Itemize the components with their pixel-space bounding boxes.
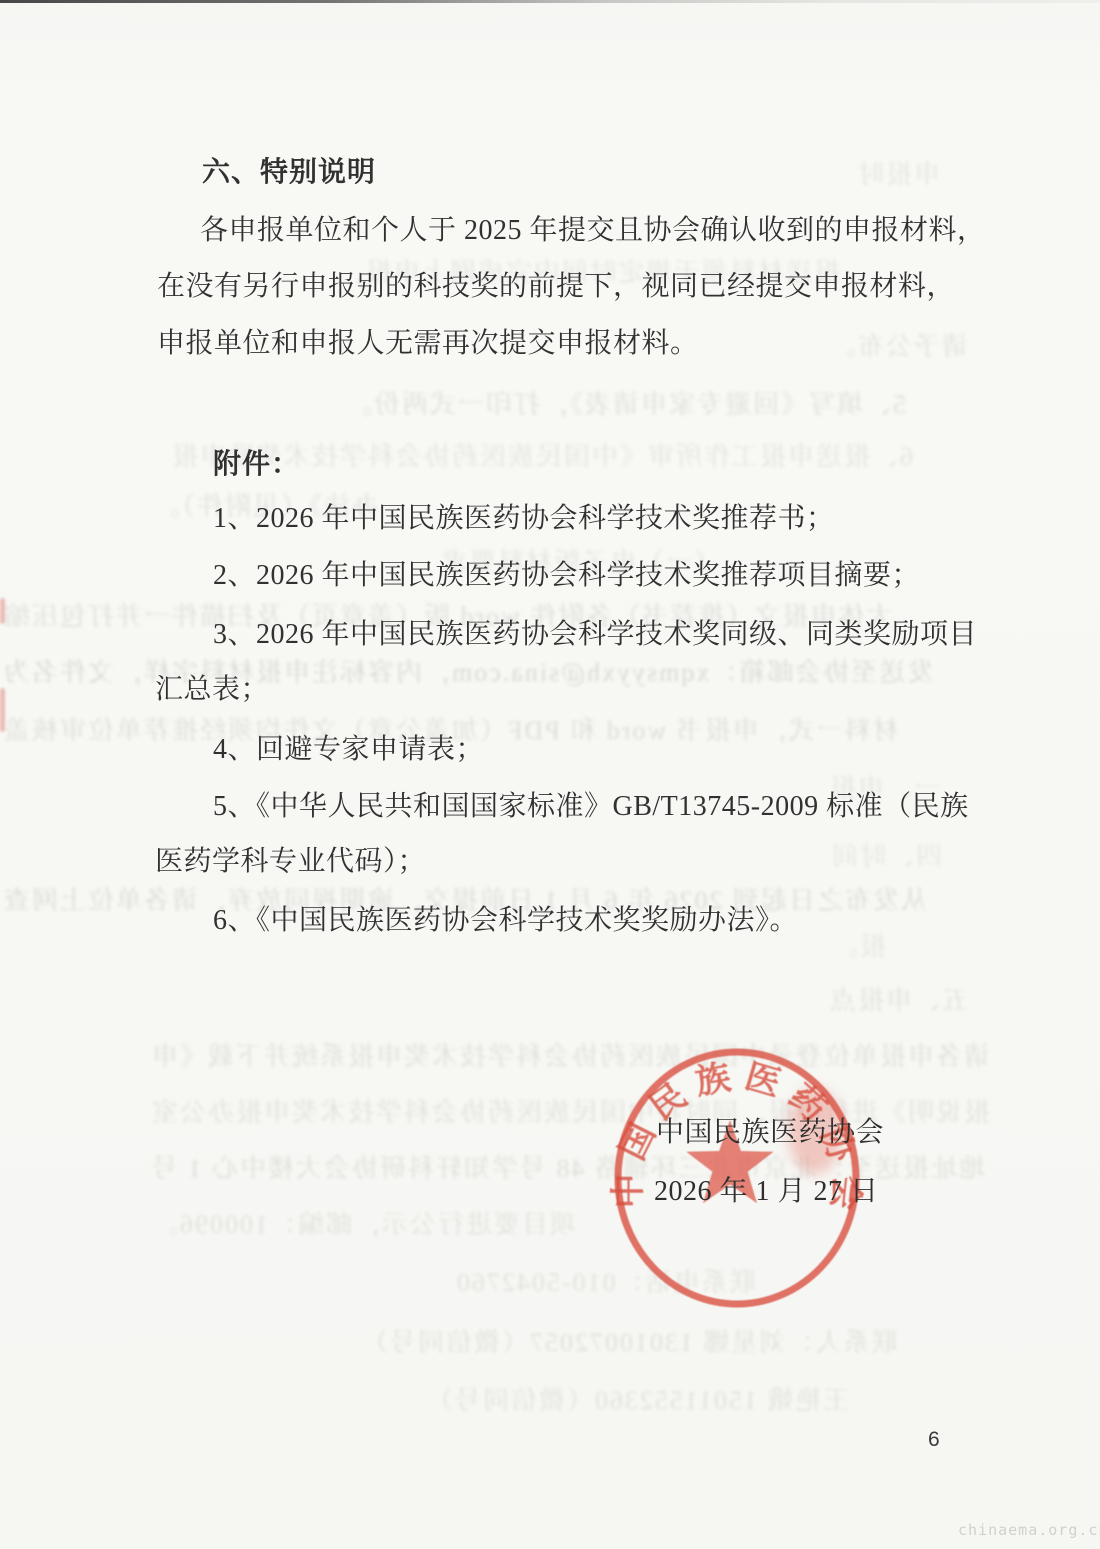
attachment-item: 1、2026 年中国民族医药协会科学技术奖推荐书； (213, 503, 835, 535)
attachment-item-wrap: 汇总表； (155, 674, 269, 706)
attachment-item-wrap: 医药学科专业代码）； (155, 846, 426, 878)
signature-date: 2026 年 1 月 27 日 (654, 1169, 879, 1209)
document-text-layer: 六、特别说明各申报单位和个人于 2025 年提交且协会确认收到的申报材料，在没有… (0, 0, 1100, 1549)
page-number: 6 (928, 1428, 940, 1452)
attachment-item: 2、2026 年中国民族医药协会科学技术奖推荐项目摘要； (213, 560, 920, 592)
paragraph-line: 申报单位和申报人无需再次提交申报材料。 (157, 328, 699, 360)
paragraph-line: 在没有另行申报别的科技奖的前提下，视同已经提交申报材料， (157, 271, 955, 303)
site-watermark: chinaema.org.cn (958, 1521, 1100, 1539)
attachments-label: 附件： (213, 449, 300, 481)
scanned-document-page: 申报时报送材料须于规定时间内完成网上申报，请予公布。5、填写《回避专家申请表》，… (0, 0, 1100, 1549)
paragraph-line: 各申报单位和个人于 2025 年提交且协会确认收到的申报材料， (200, 215, 986, 247)
signature-org-name: 中国民族医药协会 (656, 1110, 884, 1150)
attachment-item: 6、《中国民族医药协会科学技术奖奖励办法》。 (213, 905, 798, 937)
attachment-item: 4、回避专家申请表； (213, 734, 484, 766)
attachment-item: 5、《中华人民共和国国家标准》GB/T13745-2009 标准（民族 (213, 791, 969, 823)
attachment-item: 3、2026 年中国民族医药协会科学技术奖同级、同类奖励项目 (213, 619, 977, 651)
section-heading: 六、特别说明 (202, 157, 376, 189)
